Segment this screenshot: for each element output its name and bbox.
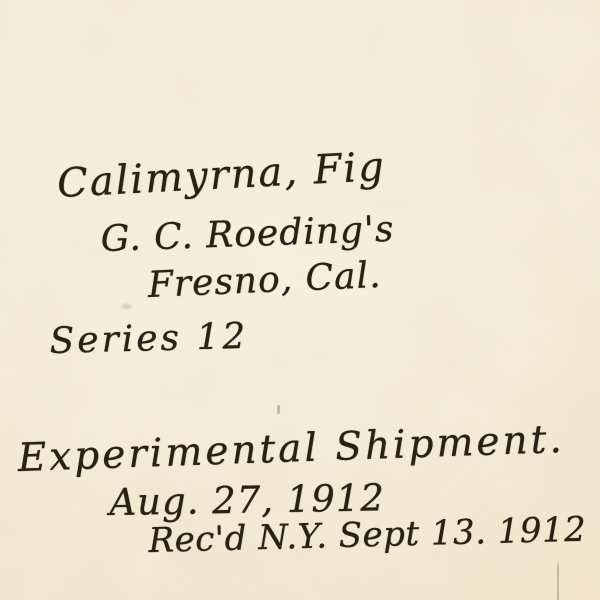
scratch-mark <box>557 558 559 600</box>
handwriting-line-place: Fresno, Cal. <box>147 255 382 306</box>
tick-mark <box>277 405 280 414</box>
handwriting-line-variety: Calimyrna, Fig <box>56 144 387 207</box>
smudge-mark <box>121 304 132 309</box>
handwriting-line-series: Series 12 <box>49 316 249 362</box>
handwriting-line-grower: G. C. Roeding's <box>100 209 395 260</box>
handwritten-note-card: Calimyrna, Fig G. C. Roeding's Fresno, C… <box>0 0 600 600</box>
handwriting-line-shipment: Experimental Shipment. <box>17 417 565 481</box>
